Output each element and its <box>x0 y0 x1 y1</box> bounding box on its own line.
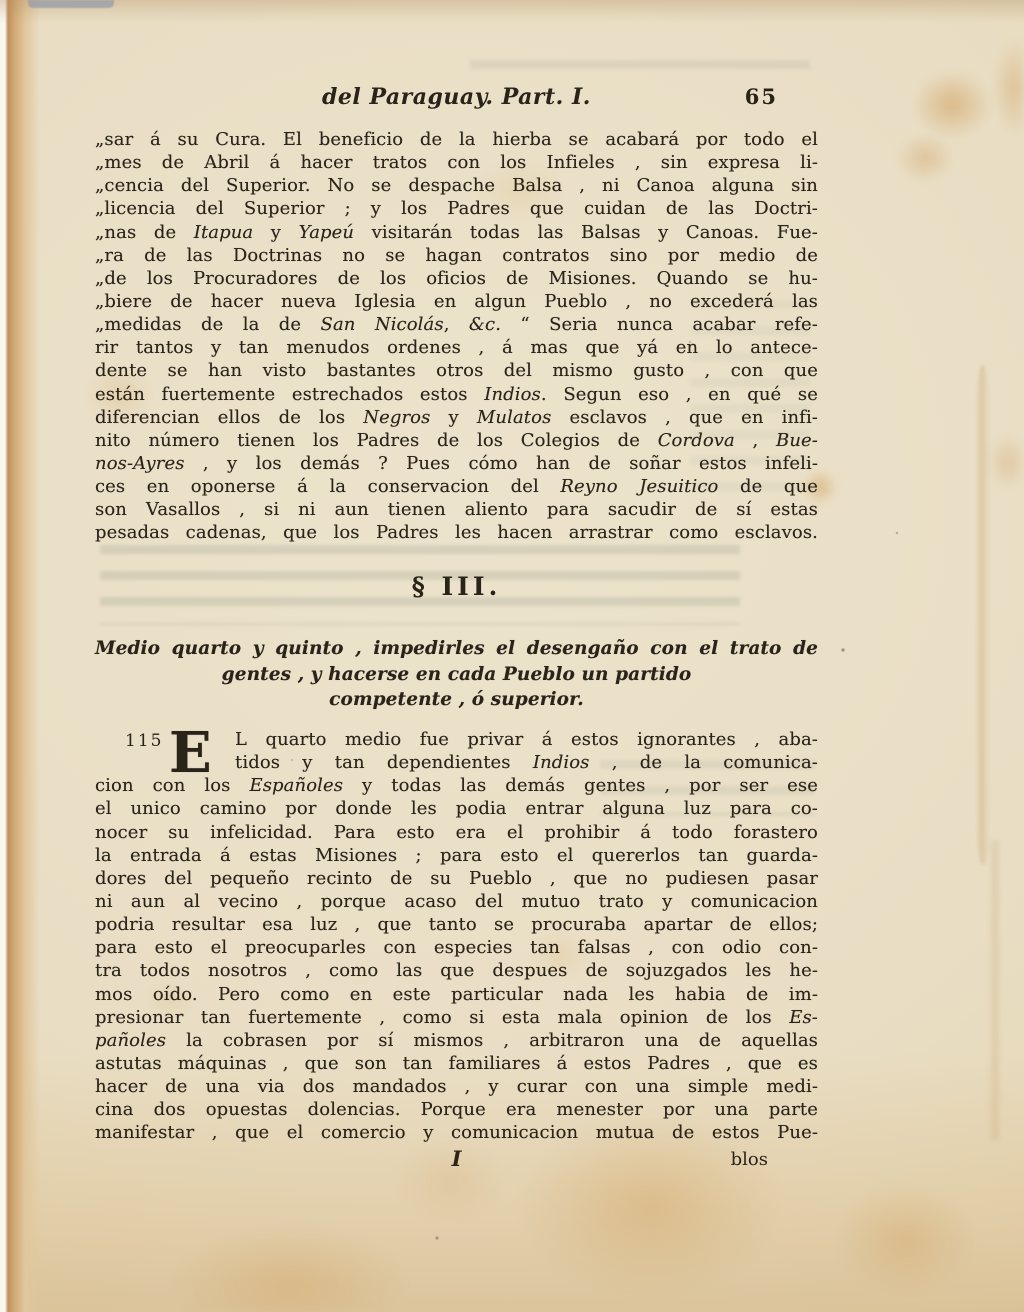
text-line: competente , ó superior. <box>95 687 818 713</box>
text-line: la entrada á estas Misiones ; para esto … <box>95 844 818 867</box>
text-segment: „biere de hacer nueva Iglesia en algun P… <box>95 291 818 312</box>
text-segment: manifestar , que el comercio y comunicac… <box>95 1122 818 1143</box>
italic-text-segment: nos-Ayres <box>95 453 185 474</box>
text-line: „biere de hacer nueva Iglesia en algun P… <box>95 290 818 313</box>
text-line: cina dos opuestas dolencias. Porque era … <box>95 1098 818 1121</box>
text-line: diferencian ellos de los Negros y Mulato… <box>95 406 818 429</box>
text-line: el unico camino por donde les podia entr… <box>95 797 818 820</box>
text-segment: ces en oponerse á la conservacion del <box>95 476 560 497</box>
text-segment: son Vasallos , si ni aun tienen aliento … <box>95 499 818 520</box>
text-line: pesadas cadenas, que los Padres les hace… <box>95 521 818 544</box>
text-segment: están fuertemente estrechados estos <box>95 384 484 405</box>
text-segment: hacer de una via dos mandados , y curar … <box>95 1076 818 1097</box>
text-segment: y <box>430 407 476 428</box>
paragraph-number: 115 <box>125 731 163 751</box>
text-segment: diferencian ellos de los <box>95 407 363 428</box>
text-line: „sar á su Cura. El beneficio de la hierb… <box>95 128 818 151</box>
text-line: pañoles la cobrasen por sí mismos , arbi… <box>95 1029 818 1052</box>
text-line: para esto el preocuparles con especies t… <box>95 936 818 959</box>
italic-text-segment: pañoles <box>95 1030 166 1051</box>
text-line: „de los Procuradores de los oficios de M… <box>95 267 818 290</box>
text-segment: , de la comunica- <box>590 752 818 773</box>
water-stain-tide-line <box>988 840 1002 1140</box>
italic-text-segment: Reyno Jesuitico <box>560 476 718 497</box>
book-binding-edge <box>0 0 40 1312</box>
italic-text-segment: Itapua <box>194 222 254 243</box>
scan-artifact-mark <box>28 0 114 8</box>
drop-cap-initial: E <box>169 728 212 778</box>
text-segment: podria resultar esa luz , que tanto se p… <box>95 914 818 935</box>
numbered-paragraph: 115 E L quarto medio fue privar á estos … <box>95 728 818 1145</box>
italic-text-segment: Indios <box>533 752 590 773</box>
text-segment: cina dos opuestas dolencias. Porque era … <box>95 1099 818 1120</box>
text-segment: el unico camino por donde les podia entr… <box>95 798 818 819</box>
text-line: Medio quarto y quinto , impedirles el de… <box>95 636 818 662</box>
text-segment: “ Seria nunca acabar refe- <box>501 314 818 335</box>
catchword: blos <box>731 1149 768 1170</box>
text-line: gentes , y hacerse en cada Pueblo un par… <box>95 662 818 688</box>
water-stain-tide-line <box>975 365 991 865</box>
text-segment: y todas las demás gentes , por ser ese <box>343 775 818 796</box>
text-line: nos-Ayres , y los demás ? Pues cómo han … <box>95 452 818 475</box>
text-segment: pesadas cadenas, que los Padres les hace… <box>95 522 818 543</box>
text-line: dores del pequeño recinto de su Pueblo ,… <box>95 867 818 890</box>
text-line: están fuertemente estrechados estos Indi… <box>95 383 818 406</box>
text-segment: la cobrasen por sí mismos , arbitraron u… <box>166 1030 818 1051</box>
text-segment: de que <box>718 476 818 497</box>
text-segment: „nas de <box>95 222 194 243</box>
italic-text-segment: Cordova <box>658 430 735 451</box>
text-segment: visitarán todas las Balsas y Canoas. Fue… <box>354 222 818 243</box>
text-segment: para esto el preocuparles con especies t… <box>95 937 818 958</box>
quoted-ordinances-block: „sar á su Cura. El beneficio de la hierb… <box>95 128 818 545</box>
italic-text-segment: San Nicolás <box>321 314 444 335</box>
text-line: „ra de las Doctrinas no se hagan contrat… <box>95 244 818 267</box>
text-line: nito número tienen los Padres de los Col… <box>95 429 818 452</box>
running-title: del Paraguay. Part. I. <box>95 84 818 110</box>
text-line: „licencia del Superior ; y los Padres qu… <box>95 197 818 220</box>
text-segment: rir tantos y tan menudos ordenes , á mas… <box>95 337 818 358</box>
text-line: podria resultar esa luz , que tanto se p… <box>95 913 818 936</box>
signature-mark: I <box>95 1146 818 1171</box>
text-segment: , <box>444 314 469 335</box>
text-line: „cencia del Superior. No se despache Bal… <box>95 174 818 197</box>
italic-text-segment: Mulatos <box>477 407 552 428</box>
text-line: „mes de Abril á hacer tratos con los Inf… <box>95 151 818 174</box>
text-line: ni aun al vecino , porque acaso del mutu… <box>95 890 818 913</box>
text-segment: gentes , y hacerse en cada Pueblo un par… <box>222 664 692 685</box>
text-line: mos oído. Pero como en este particular n… <box>95 983 818 1006</box>
text-segment: „mes de Abril á hacer tratos con los Inf… <box>95 152 818 173</box>
text-line: L quarto medio fue privar á estos ignora… <box>235 728 818 751</box>
text-line: astutas máquinas , que son tan familiare… <box>95 1052 818 1075</box>
text-segment: competente , ó superior. <box>329 689 584 710</box>
page-number: 65 <box>745 84 778 109</box>
text-segment: L quarto medio fue privar á estos ignora… <box>235 729 818 750</box>
section-subheading: Medio quarto y quinto , impedirles el de… <box>95 636 818 713</box>
running-header: del Paraguay. Part. I. 65 <box>95 84 818 114</box>
text-segment: „sar á su Cura. El beneficio de la hierb… <box>95 129 818 150</box>
italic-text-segment: Indios <box>484 384 541 405</box>
italic-text-segment: Bue- <box>776 430 818 451</box>
italic-text-segment: Negros <box>363 407 430 428</box>
text-line: manifestar , que el comercio y comunicac… <box>95 1121 818 1144</box>
text-line: tidos y tan dependientes Indios , de la … <box>235 751 818 774</box>
text-segment: , y los demás ? Pues cómo han de soñar e… <box>185 453 818 474</box>
text-line: nocer su infelicidad. Para esto era el p… <box>95 821 818 844</box>
text-line: dente se han visto bastantes otros del m… <box>95 359 818 382</box>
text-segment: nito número tienen los Padres de los Col… <box>95 430 658 451</box>
text-segment: presionar tan fuertemente , como si esta… <box>95 1007 789 1028</box>
paragraph-lines: cion con los Españoles y todas las demás… <box>95 774 818 1144</box>
text-segment: ni aun al vecino , porque acaso del mutu… <box>95 891 818 912</box>
text-segment: y <box>253 222 298 243</box>
italic-text-segment: Españoles <box>249 775 343 796</box>
italic-text-segment: Es- <box>789 1007 818 1028</box>
text-line: rir tantos y tan menudos ordenes , á mas… <box>95 336 818 359</box>
scanned-book-page: del Paraguay. Part. I. 65 „sar á su Cura… <box>0 0 1024 1312</box>
text-segment: nocer su infelicidad. Para esto era el p… <box>95 822 818 843</box>
text-line: „medidas de la de San Nicolás, &c. “ Ser… <box>95 313 818 336</box>
text-segment: Medio quarto y quinto , impedirles el de… <box>95 638 818 659</box>
text-line: son Vasallos , si ni aun tienen aliento … <box>95 498 818 521</box>
dropcap-indented-lines: L quarto medio fue privar á estos ignora… <box>235 728 818 774</box>
text-segment: astutas máquinas , que son tan familiare… <box>95 1053 818 1074</box>
text-segment: „de los Procuradores de los oficios de M… <box>95 268 818 289</box>
text-line: hacer de una via dos mandados , y curar … <box>95 1075 818 1098</box>
signature-catchword-line: I blos <box>95 1146 818 1172</box>
text-segment: la entrada á estas Misiones ; para esto … <box>95 845 818 866</box>
text-segment: dente se han visto bastantes otros del m… <box>95 360 818 381</box>
text-line: ces en oponerse á la conservacion del Re… <box>95 475 818 498</box>
italic-text-segment: &c. <box>469 314 501 335</box>
section-heading: § III. <box>95 572 818 601</box>
text-segment: „ra de las Doctrinas no se hagan contrat… <box>95 245 818 266</box>
text-segment: tra todos nosotros , como las que despue… <box>95 960 818 981</box>
text-segment: mos oído. Pero como en este particular n… <box>95 984 818 1005</box>
italic-text-segment: Yapeú <box>299 222 354 243</box>
text-segment: esclavos , que en infi- <box>551 407 818 428</box>
text-segment: , <box>735 430 776 451</box>
text-segment: tidos y tan dependientes <box>235 752 533 773</box>
text-segment: . Segun eso , en qué se <box>541 384 818 405</box>
text-segment: „licencia del Superior ; y los Padres qu… <box>95 198 818 219</box>
text-segment: dores del pequeño recinto de su Pueblo ,… <box>95 868 818 889</box>
text-segment: „cencia del Superior. No se despache Bal… <box>95 175 818 196</box>
text-line: presionar tan fuertemente , como si esta… <box>95 1006 818 1029</box>
text-line: tra todos nosotros , como las que despue… <box>95 959 818 982</box>
page-top-deckle-edge <box>0 0 1024 24</box>
verso-showthrough <box>470 60 810 86</box>
text-segment: „medidas de la de <box>95 314 321 335</box>
text-block: del Paraguay. Part. I. 65 „sar á su Cura… <box>95 84 818 114</box>
text-line: „nas de Itapua y Yapeú visitarán todas l… <box>95 221 818 244</box>
